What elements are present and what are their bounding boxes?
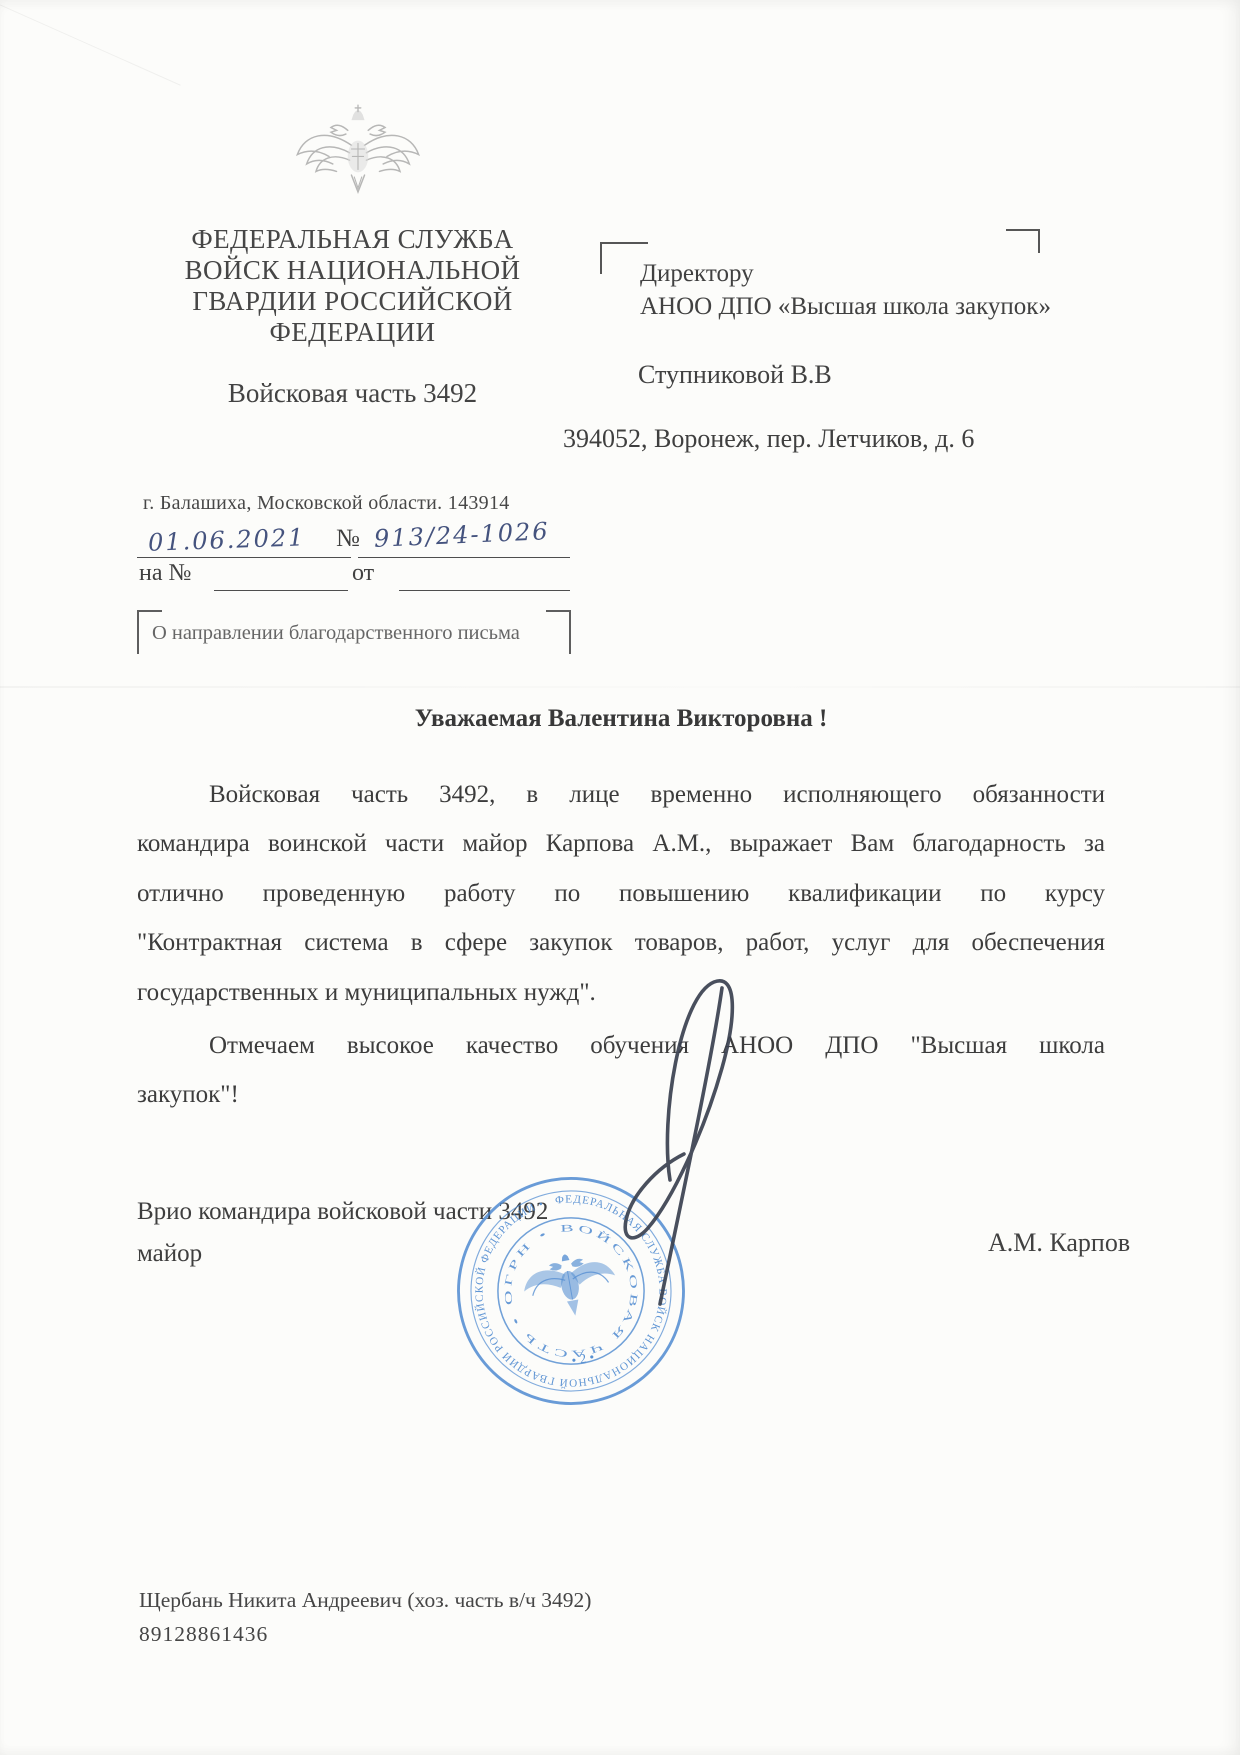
addressee-title: Директору (640, 260, 754, 288)
organization-name-block: ФЕДЕРАЛЬНАЯ СЛУЖБА ВОЙСК НАЦИОНАЛЬНОЙ ГВ… (150, 224, 555, 348)
signoff-rank: майор (137, 1240, 202, 1268)
subject-corner-right (546, 610, 571, 654)
number-sign: № (336, 525, 360, 553)
date-underline (137, 557, 351, 558)
scan-crease (0, 0, 181, 86)
outgoing-date-handwritten: 01.06.2021 (148, 523, 306, 556)
stamp-center-mark: • 2 • (570, 1349, 595, 1368)
scanned-letter-page: ФЕДЕРАЛЬНАЯ СЛУЖБА ВОЙСК НАЦИОНАЛЬНОЙ ГВ… (0, 0, 1240, 1755)
scan-crease (0, 686, 1240, 688)
ref-date-underline (399, 590, 570, 591)
org-name-line: ГВАРДИИ РОССИЙСКОЙ (150, 286, 555, 317)
body-line: командира воинской части майор Карпова А… (137, 819, 1105, 868)
number-underline (358, 557, 570, 558)
unit-city-address: г. Балашиха, Московской области. 143914 (143, 492, 510, 515)
ref-number-underline (214, 590, 348, 591)
outgoing-number-handwritten: 913/24-1026 (373, 517, 550, 553)
ref-date-label: от (352, 560, 374, 587)
ref-number-label: на № (139, 560, 191, 587)
footer-contact-name: Щербань Никита Андреевич (хоз. часть в/ч… (139, 1588, 591, 1613)
salutation: Уважаемая Валентина Викторовна ! (137, 705, 1105, 733)
footer-phone: 89128861436 (139, 1622, 268, 1647)
org-name-line: ВОЙСК НАЦИОНАЛЬНОЙ (150, 255, 555, 286)
page-right-corner-mark (1006, 229, 1040, 253)
subject-line: О направлении благодарственного письма (152, 622, 520, 645)
body-line: Войсковая часть 3492, в лице временно ис… (137, 770, 1105, 819)
org-name-line: ФЕДЕРАЛЬНАЯ СЛУЖБА (150, 224, 555, 255)
body-line: отлично проведенную работу по повышению … (137, 869, 1105, 918)
double-headed-eagle-emblem-icon (288, 102, 428, 210)
military-unit-name: Войсковая часть 3492 (150, 378, 555, 409)
addressee-name: Ступниковой В.В (638, 360, 832, 390)
signature-ink (552, 948, 852, 1348)
addressee-postal-address: 394052, Воронеж, пер. Летчиков, д. 6 (563, 424, 974, 454)
signer-name: А.М. Карпов (988, 1228, 1130, 1258)
addressee-organization: АНОО ДПО «Высшая школа закупок» (640, 293, 1051, 321)
org-name-line: ФЕДЕРАЦИИ (150, 317, 555, 348)
